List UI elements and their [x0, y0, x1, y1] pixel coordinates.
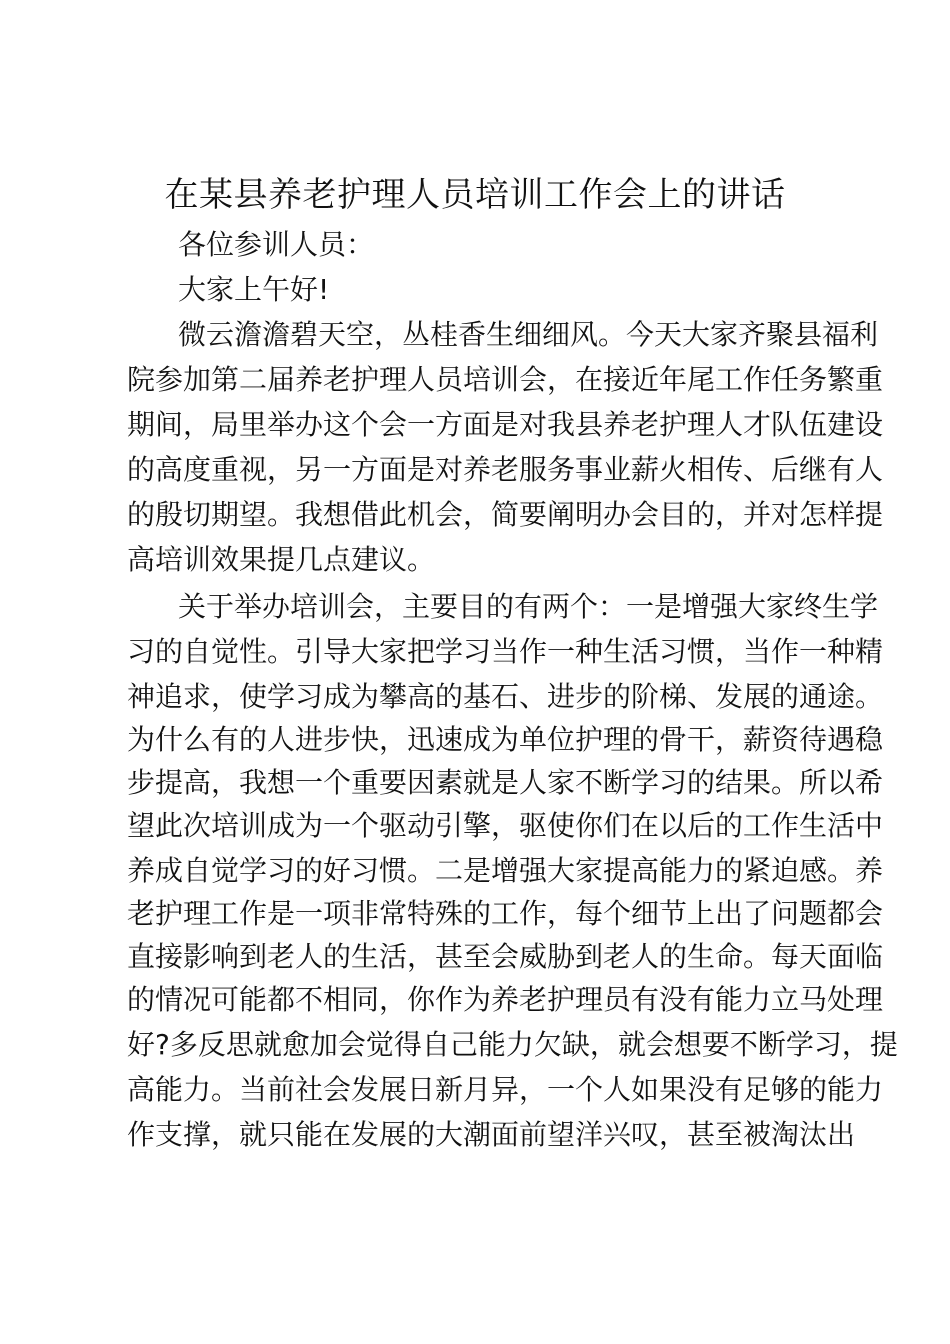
paragraph-line: 好?多反思就愈加会觉得自己能力欠缺，就会想要不断学习，提 — [127, 1025, 830, 1065]
paragraph-line: 的情况可能都不相同，你作为养老护理员有没有能力立马处理 — [127, 980, 830, 1020]
paragraph-line: 神追求，使学习成为攀高的基石、进步的阶梯、发展的通途。 — [127, 677, 830, 717]
paragraph-line: 的高度重视，另一方面是对养老服务事业薪火相传、后继有人 — [127, 450, 830, 490]
paragraph-line: 望此次培训成为一个驱动引擎，驱使你们在以后的工作生活中 — [127, 806, 830, 846]
paragraph-line: 院参加第二届养老护理人员培训会，在接近年尾工作任务繁重 — [127, 360, 830, 400]
paragraph-line: 养成自觉学习的好习惯。二是增强大家提高能力的紧迫感。养 — [127, 851, 830, 891]
paragraph-line: 高培训效果提几点建议。 — [127, 540, 435, 580]
paragraph-line: 老护理工作是一项非常特殊的工作，每个细节上出了问题都会 — [127, 894, 830, 934]
paragraph-line: 直接影响到老人的生活，甚至会威胁到老人的生命。每天面临 — [127, 937, 830, 977]
salutation: 各位参训人员： — [178, 225, 374, 265]
paragraph-line: 为什么有的人进步快，迅速成为单位护理的骨干，薪资待遇稳 — [127, 720, 830, 760]
paragraph-line: 步提高，我想一个重要因素就是人家不断学习的结果。所以希 — [127, 763, 830, 803]
document-title: 在某县养老护理人员培训工作会上的讲话 — [0, 170, 950, 220]
paragraph-line: 习的自觉性。引导大家把学习当作一种生活习惯，当作一种精 — [127, 632, 830, 672]
paragraph-line: 关于举办培训会，主要目的有两个：一是增强大家终生学 — [178, 587, 830, 627]
greeting: 大家上午好! — [178, 270, 329, 310]
paragraph-line: 高能力。当前社会发展日新月异，一个人如果没有足够的能力 — [127, 1070, 830, 1110]
paragraph-line: 微云澹澹碧天空，丛桂香生细细风。今天大家齐聚县福利 — [178, 315, 830, 355]
document-page: 在某县养老护理人员培训工作会上的讲话 各位参训人员： 大家上午好! 微云澹澹碧天… — [0, 0, 950, 1344]
paragraph-line: 作支撑，就只能在发展的大潮面前望洋兴叹，甚至被淘汰出 — [127, 1115, 855, 1155]
paragraph-line: 的殷切期望。我想借此机会，简要阐明办会目的，并对怎样提 — [127, 495, 830, 535]
paragraph-line: 期间，局里举办这个会一方面是对我县养老护理人才队伍建设 — [127, 405, 830, 445]
